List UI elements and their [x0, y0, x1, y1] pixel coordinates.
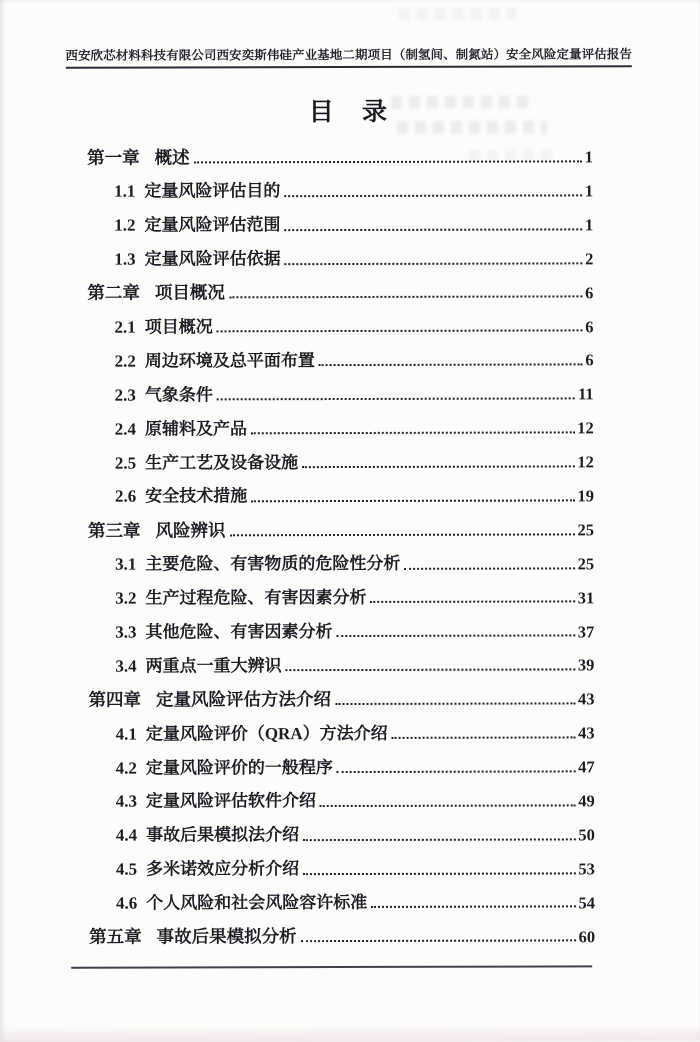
toc-section-entry: 2.5生产工艺及设备设施12 — [88, 438, 594, 473]
toc-entry-title: 气象条件 — [145, 385, 213, 406]
toc-entry-number: 第五章 — [89, 927, 142, 948]
toc-entry-number: 1.3 — [114, 250, 135, 270]
toc-section-entry: 4.2定量风险评价的一般程序47 — [89, 743, 595, 778]
toc-entry-number: 第一章 — [87, 147, 140, 168]
toc-section-entry: 4.4事故后果模拟法介绍50 — [89, 811, 595, 846]
toc-entry-title: 安全技术措施 — [145, 487, 247, 508]
toc-entry-number: 4.3 — [116, 792, 137, 812]
footer-rule — [71, 965, 592, 968]
toc-leader-dots — [229, 296, 582, 299]
toc-page-number: 53 — [578, 859, 595, 879]
toc-leader-dots — [370, 601, 574, 604]
page-bottom-bleed — [1, 1025, 700, 1042]
scanned-document-page: 西安欣芯材料科技有限公司西安奕斯伟硅产业基地二期项目（制氢间、制氮站）安全风险定… — [0, 0, 700, 1042]
toc-entry-title: 定量风险评价的一般程序 — [146, 758, 333, 779]
toc-entry-number: 4.5 — [116, 860, 137, 880]
toc-entry-title: 定量风险评估依据 — [145, 249, 281, 270]
toc-leader-dots — [371, 906, 575, 909]
toc-chapter-entry: 第一章概述1 — [87, 133, 593, 168]
toc-entry-number: 3.3 — [115, 623, 136, 643]
toc-page-number: 6 — [585, 351, 593, 371]
toc-leader-dots — [302, 465, 574, 468]
toc-leader-dots — [230, 533, 575, 536]
toc-entry-number: 1.1 — [114, 182, 135, 202]
toc-entry-title: 主要危险、有害物质的危险性分析 — [145, 554, 400, 575]
toc-entry-number: 2.1 — [114, 318, 135, 338]
toc-entry-number: 2.5 — [115, 453, 136, 473]
toc-entry-title: 两重点一重大辨识 — [146, 656, 282, 677]
toc-entry-title: 生产工艺及设备设施 — [145, 453, 298, 474]
toc-entry-title: 周边环境及总平面布置 — [145, 351, 315, 372]
toc-leader-dots — [285, 262, 583, 265]
toc-chapter-entry: 第二章项目概况6 — [87, 269, 593, 304]
toc-page-number: 43 — [578, 690, 595, 710]
toc-entry-number: 4.4 — [116, 826, 137, 846]
toc-entry-title: 原辅料及产品 — [145, 419, 247, 440]
toc-entry-number: 第三章 — [88, 520, 141, 541]
toc-entry-title: 事故后果模拟分析 — [157, 927, 297, 948]
toc-leader-dots — [303, 838, 575, 841]
toc-leader-dots — [301, 940, 576, 943]
toc-page-number: 31 — [578, 588, 595, 608]
toc-entry-title: 其他危险、有害因素分析 — [146, 622, 333, 643]
toc-entry-number: 1.2 — [114, 216, 135, 236]
toc-entry-number: 3.2 — [115, 589, 136, 609]
toc-leader-dots — [335, 703, 575, 706]
toc-leader-dots — [251, 431, 574, 434]
toc-chapter-entry: 第四章定量风险评估方法介绍43 — [88, 676, 594, 711]
toc-page-number: 12 — [577, 452, 594, 472]
toc-leader-dots — [251, 499, 574, 502]
toc-section-entry: 1.1定量风险评估目的1 — [87, 167, 593, 202]
toc-chapter-entry: 第五章事故后果模拟分析60 — [89, 913, 595, 948]
toc-section-entry: 4.6个人风险和社会风险容许标准54 — [89, 879, 595, 914]
toc-leader-dots — [194, 160, 582, 163]
ink-bleed-artifact — [399, 8, 517, 20]
toc-section-entry: 3.1主要危险、有害物质的危险性分析25 — [88, 540, 594, 575]
page-sheet: 西安欣芯材料科技有限公司西安奕斯伟硅产业基地二期项目（制氢间、制氮站）安全风险定… — [0, 0, 700, 1042]
toc-chapter-entry: 第三章风险辨识25 — [88, 506, 594, 541]
toc-entry-title: 定量风险评估软件介绍 — [146, 792, 316, 813]
toc-leader-dots — [303, 872, 575, 875]
toc-leader-dots — [320, 804, 575, 807]
toc-section-entry: 2.4原辅料及产品12 — [88, 404, 594, 439]
toc-leader-dots — [337, 770, 575, 773]
toc-entry-number: 2.4 — [115, 419, 136, 439]
toc-entry-title: 项目概况 — [145, 317, 213, 338]
toc-entry-title: 项目概况 — [155, 283, 225, 304]
toc-section-entry: 2.6安全技术措施19 — [88, 472, 594, 507]
toc-entry-title: 定量风险评估目的 — [144, 182, 280, 203]
toc-entry-number: 3.1 — [115, 555, 136, 575]
toc-entry-title: 定量风险评估范围 — [144, 215, 280, 236]
toc-page-number: 49 — [578, 791, 595, 811]
toc-section-entry: 1.3定量风险评估依据2 — [87, 235, 593, 270]
toc-page-number: 43 — [578, 724, 595, 744]
toc-leader-dots — [217, 398, 575, 401]
toc-list: 第一章概述11.1定量风险评估目的11.2定量风险评估范围11.3定量风险评估依… — [87, 133, 595, 948]
toc-entry-title: 事故后果模拟法介绍 — [146, 825, 299, 846]
toc-section-entry: 2.1项目概况6 — [87, 303, 593, 338]
toc-section-entry: 3.2生产过程危险、有害因素分析31 — [88, 574, 594, 609]
toc-page-number: 1 — [585, 215, 593, 235]
toc-page-number: 11 — [578, 385, 594, 405]
toc-section-entry: 2.2周边环境及总平面布置6 — [88, 337, 594, 372]
toc-entry-title: 定量风险评价（QRA）方法介绍 — [146, 724, 388, 745]
toc-leader-dots — [286, 669, 575, 672]
toc-entry-title: 定量风险评估方法介绍 — [156, 689, 331, 710]
toc-entry-number: 2.2 — [115, 351, 136, 371]
toc-leader-dots — [404, 567, 574, 569]
toc-page-number: 25 — [577, 520, 594, 540]
toc-page-number: 2 — [585, 249, 593, 269]
toc-leader-dots — [392, 736, 575, 738]
toc-page-number: 39 — [578, 656, 595, 676]
toc-page-number: 54 — [578, 893, 595, 913]
toc-leader-dots — [284, 228, 582, 231]
toc-page-number: 60 — [579, 927, 596, 947]
toc-entry-title: 多米诺效应分析介绍 — [146, 859, 299, 880]
report-header-title: 西安欣芯材料科技有限公司西安奕斯伟硅产业基地二期项目（制氢间、制氮站）安全风险定… — [65, 44, 632, 68]
toc-entry-number: 4.2 — [116, 758, 137, 778]
toc-page-number: 6 — [585, 283, 593, 303]
page-header: 西安欣芯材料科技有限公司西安奕斯伟硅产业基地二期项目（制氢间、制氮站）安全风险定… — [0, 44, 699, 69]
toc-entry-number: 3.4 — [115, 656, 136, 676]
toc-entry-title: 风险辨识 — [155, 520, 225, 541]
toc-entry-title: 个人风险和社会风险容许标准 — [146, 893, 367, 914]
toc-page-number: 50 — [578, 825, 595, 845]
toc-entry-number: 4.1 — [116, 724, 137, 744]
toc-page-number: 1 — [585, 147, 593, 167]
toc-leader-dots — [337, 635, 575, 638]
toc-page-number: 19 — [577, 486, 594, 506]
toc-entry-number: 2.3 — [115, 385, 136, 405]
toc-entry-title: 概述 — [155, 147, 190, 168]
toc-page-number: 47 — [578, 757, 595, 777]
toc-section-entry: 2.3气象条件11 — [88, 371, 594, 406]
toc-entry-number: 第二章 — [87, 283, 140, 304]
toc-page-number: 6 — [585, 317, 593, 337]
toc-section-entry: 3.3其他危险、有害因素分析37 — [88, 608, 594, 643]
toc-entry-number: 4.6 — [116, 894, 137, 914]
toc-page-number: 25 — [578, 554, 595, 574]
toc-leader-dots — [319, 364, 583, 367]
toc-section-entry: 3.4两重点一重大辨识39 — [88, 642, 594, 677]
toc-leader-dots — [284, 194, 582, 197]
toc-entry-number: 第四章 — [88, 690, 141, 711]
toc-section-entry: 4.5多米诺效应分析介绍53 — [89, 845, 595, 880]
toc-entry-title: 生产过程危险、有害因素分析 — [145, 588, 366, 609]
toc-section-entry: 4.3定量风险评估软件介绍49 — [89, 777, 595, 812]
toc-title: 目 录 — [0, 91, 699, 129]
toc-entry-number: 2.6 — [115, 487, 136, 507]
toc-section-entry: 4.1定量风险评价（QRA）方法介绍43 — [88, 710, 594, 745]
toc-leader-dots — [217, 330, 583, 333]
toc-page-number: 1 — [585, 181, 593, 201]
toc-page-number: 37 — [578, 622, 595, 642]
toc-page-number: 12 — [577, 419, 594, 439]
toc-section-entry: 1.2定量风险评估范围1 — [87, 201, 593, 236]
